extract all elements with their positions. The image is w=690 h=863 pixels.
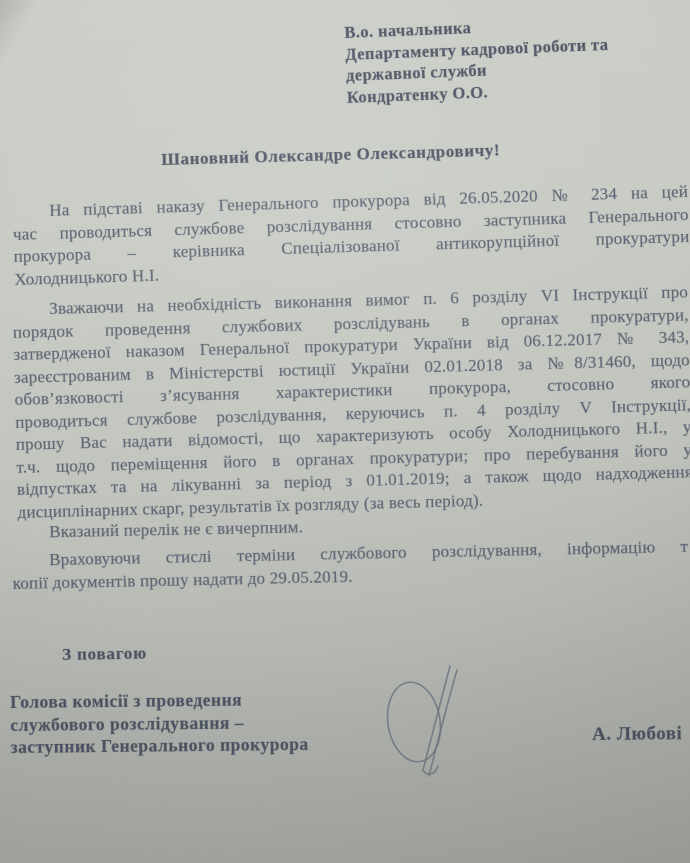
signer-title-block: Голова комісії з проведенняслужбового ро…	[10, 687, 371, 758]
scanned-letter-page: В.о. начальникаДепартаменту кадрової роб…	[0, 0, 690, 863]
signature-icon	[383, 656, 475, 784]
paragraph-2: Зважаючи на необхідність виконання вимог…	[12, 281, 690, 524]
recipient-block: В.о. начальникаДепартаменту кадрової роб…	[344, 9, 682, 108]
salutation: Шановний Олександре Олександровичу!	[161, 141, 500, 170]
paragraph-4: Враховуючи стислі терміни службового роз…	[12, 536, 689, 595]
paragraph-1: На підставі наказу Генерального прокурор…	[12, 181, 690, 291]
closing-phrase: З повагою	[62, 644, 147, 665]
signer-name: А. Любові	[592, 723, 682, 746]
signer-title-line: заступник Генерального прокурора	[10, 732, 370, 758]
paper-corner-crease	[0, 0, 62, 115]
